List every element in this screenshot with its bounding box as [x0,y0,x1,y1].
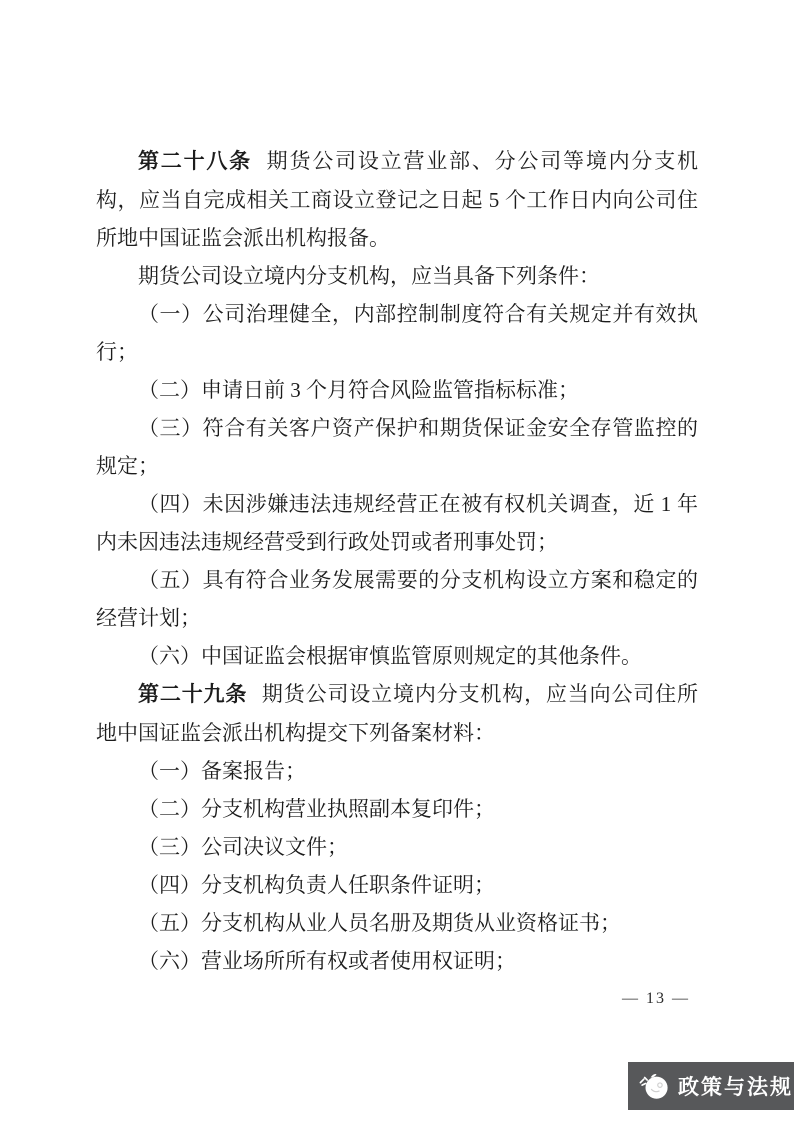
document-page: 第二十八条期货公司设立营业部、分公司等境内分支机构，应当自完成相关工商设立登记之… [0,0,794,1123]
paragraph-text: （一）备案报告； [138,759,306,783]
paragraph-text: （五）分支机构从业人员名册及期货从业资格证书； [138,911,621,935]
paragraph-text: （四）分支机构负责人任职条件证明； [138,873,495,897]
paragraph: （三）符合有关客户资产保护和期货保证金安全存管监控的规定； [96,409,698,485]
paragraph-text: （二）申请日前 3 个月符合风险监管指标标准； [138,378,579,402]
paragraph-text: （四）未因涉嫌违法违规经营正在被有权机关调查，近 1 年内未因违法违规经营受到行… [96,492,698,554]
paragraph-text: （五）具有符合业务发展需要的分支机构设立方案和稳定的经营计划； [96,568,698,630]
document-body: 第二十八条期货公司设立营业部、分公司等境内分支机构，应当自完成相关工商设立登记之… [96,142,698,980]
article-number: 第二十八条 [138,150,252,173]
paragraph: （四）未因涉嫌违法违规经营正在被有权机关调查，近 1 年内未因违法违规经营受到行… [96,485,698,561]
paragraph: （四）分支机构负责人任职条件证明； [96,866,698,904]
paragraph: （二）申请日前 3 个月符合风险监管指标标准； [96,371,698,409]
article-number: 第二十九条 [138,683,247,706]
paragraph: （一）备案报告； [96,752,698,790]
paragraph: （一）公司治理健全，内部控制制度符合有关规定并有效执行； [96,295,698,371]
article-paragraph: 第二十九条期货公司设立境内分支机构，应当向公司住所地中国证监会派出机构提交下列备… [96,675,698,752]
paragraph: （三）公司决议文件； [96,828,698,866]
paragraph: （二）分支机构营业执照副本复印件； [96,790,698,828]
paragraph: （五）具有符合业务发展需要的分支机构设立方案和稳定的经营计划； [96,561,698,637]
article-paragraph: 第二十八条期货公司设立营业部、分公司等境内分支机构，应当自完成相关工商设立登记之… [96,142,698,257]
paragraph-text: （三）符合有关客户资产保护和期货保证金安全存管监控的规定； [96,416,698,478]
paragraph: （六）中国证监会根据审慎监管原则规定的其他条件。 [96,637,698,675]
paragraph-text: （一）公司治理健全，内部控制制度符合有关规定并有效执行； [96,302,698,364]
paragraph-text: 期货公司设立境内分支机构，应当具备下列条件： [138,264,600,288]
footer-badge-label: 政策与法规 [678,1071,793,1101]
paragraph: （六）营业场所所有权或者使用权证明； [96,942,698,980]
page-number: — 13 — [96,990,690,1008]
paragraph-text: （三）公司决议文件； [138,835,348,859]
mascot-logo-icon [637,1069,671,1103]
paragraph-text: （二）分支机构营业执照副本复印件； [138,797,495,821]
paragraph-text: （六）中国证监会根据审慎监管原则规定的其他条件。 [138,644,642,668]
footer-badge: 政策与法规 [628,1062,794,1110]
paragraph: 期货公司设立境内分支机构，应当具备下列条件： [96,257,698,295]
paragraph: （五）分支机构从业人员名册及期货从业资格证书； [96,904,698,942]
paragraph-text: （六）营业场所所有权或者使用权证明； [138,949,516,973]
